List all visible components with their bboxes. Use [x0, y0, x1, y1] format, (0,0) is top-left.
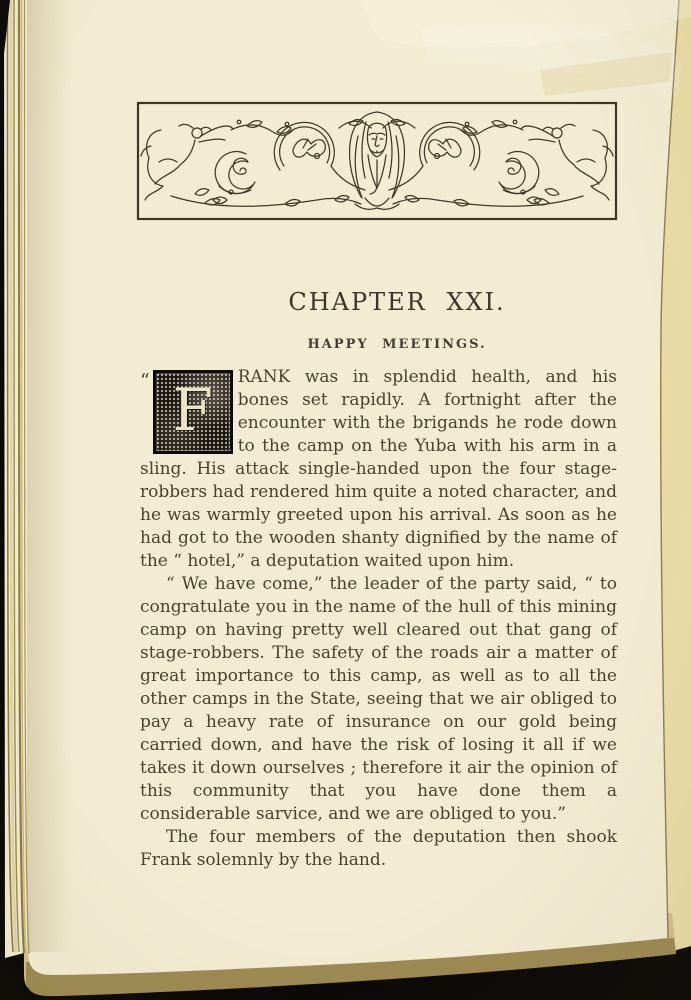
mask-face-icon — [350, 112, 405, 206]
mirrored-right-ornament — [377, 120, 613, 210]
opening-quote: “ — [140, 372, 150, 391]
header-ornament — [135, 100, 619, 222]
paragraph: The four members of the deputation then … — [140, 826, 617, 872]
scanned-book-page: CHAPTER XXI. HAPPY MEETINGS. “ F RANK wa… — [0, 0, 691, 1000]
section-title: HAPPY MEETINGS. — [140, 337, 654, 352]
drop-cap-panel-icon: F — [153, 370, 233, 454]
page-content: CHAPTER XXI. HAPPY MEETINGS. “ F RANK wa… — [0, 0, 691, 1000]
chapter-heading: CHAPTER XXI. — [140, 288, 654, 316]
paragraph: “ F RANK was in splendid health, and his… — [140, 366, 617, 573]
body-text: “ F RANK was in splendid health, and his… — [140, 366, 617, 872]
drop-cap: “ F — [140, 370, 233, 454]
paragraph: “ We have come,” the leader of the party… — [140, 573, 617, 826]
nymph-and-scroll-ornament-icon — [141, 120, 377, 210]
drop-cap-letter: F — [173, 381, 213, 439]
